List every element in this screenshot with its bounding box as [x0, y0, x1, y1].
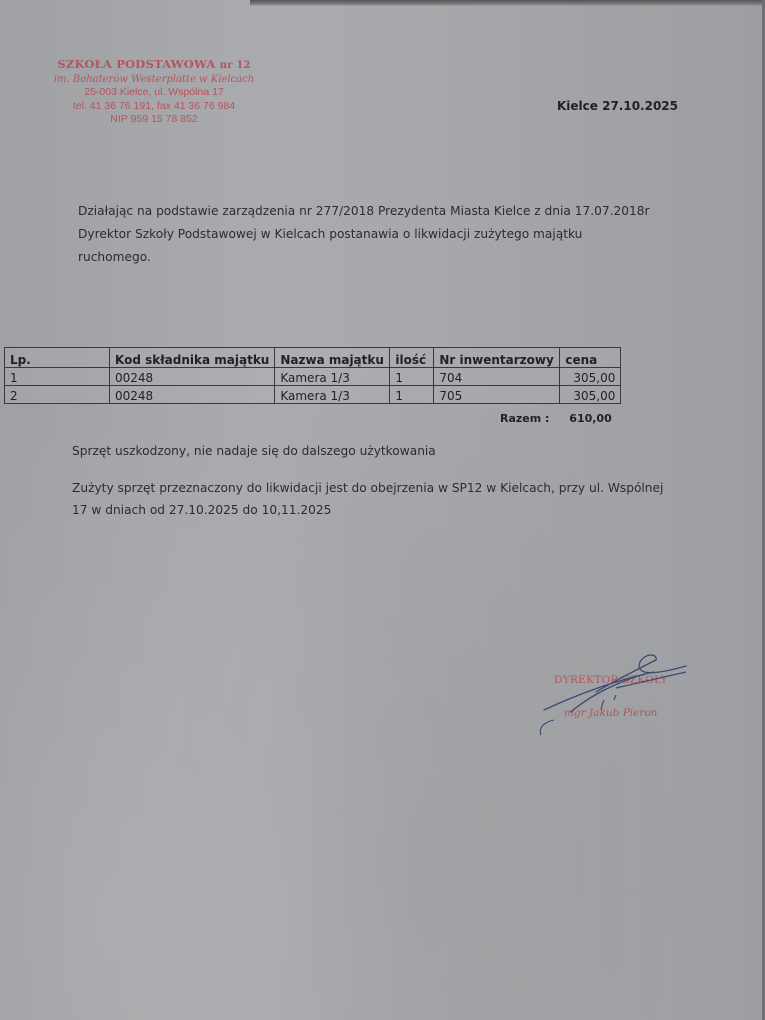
school-header-stamp: SZKOŁA PODSTAWOWA nr 12 im. Bohaterów We…	[44, 58, 264, 127]
header-quantity: ilość	[390, 348, 434, 368]
stamp-patron: im. Bohaterów Westerplatte w Kielcach	[44, 73, 264, 87]
stamp-phone-fax: tel. 41 36 76 191, fax 41 36 76 984	[44, 100, 264, 114]
stamp-nip: NIP 959 15 78 852	[44, 113, 264, 127]
note-condition: Sprzęt uszkodzony, nie nadaje się do dal…	[72, 440, 672, 462]
stamp-address: 25-003 Kielce, ul. Wspólna 17	[44, 86, 264, 100]
note-inspection: Zużyty sprzęt przeznaczony do likwidacji…	[72, 477, 672, 521]
stamp-school-name-text: SZKOŁA PODSTAWOWA	[57, 57, 215, 71]
cell-asset-code: 00248	[110, 386, 275, 404]
header-price: cena	[560, 348, 621, 368]
cell-asset-name: Kamera 1/3	[275, 368, 390, 386]
total-label: Razem :	[500, 412, 549, 425]
header-asset-code: Kod składnika majątku	[110, 348, 275, 368]
cell-quantity: 1	[390, 368, 434, 386]
intro-line: Działając na podstawie zarządzenia nr 27…	[78, 200, 668, 223]
cell-price: 305,00	[560, 386, 621, 404]
handwritten-signature-icon	[536, 650, 706, 740]
place-and-date: Kielce 27.10.2025	[557, 99, 678, 113]
cell-price: 305,00	[560, 368, 621, 386]
intro-line: ruchomego.	[78, 246, 668, 269]
table-total: Razem : 610,00	[500, 412, 612, 425]
header-inventory-number: Nr inwentarzowy	[434, 348, 560, 368]
cell-asset-code: 00248	[110, 368, 275, 386]
cell-lp: 2	[5, 386, 110, 404]
cell-asset-name: Kamera 1/3	[275, 386, 390, 404]
cell-quantity: 1	[390, 386, 434, 404]
page-top-edge-shadow	[250, 0, 765, 6]
table-header-row: Lp. Kod składnika majątku Nazwa majątku …	[5, 348, 621, 368]
header-asset-name: Nazwa majątku	[275, 348, 390, 368]
cell-lp: 1	[5, 368, 110, 386]
notes-section: Sprzęt uszkodzony, nie nadaje się do dal…	[72, 440, 672, 536]
stamp-school-number: nr 12	[220, 60, 251, 71]
cell-inventory-number: 705	[434, 386, 560, 404]
cell-inventory-number: 704	[434, 368, 560, 386]
intro-line: Dyrektor Szkoły Podstawowej w Kielcach p…	[78, 223, 668, 246]
intro-paragraph: Działając na podstawie zarządzenia nr 27…	[78, 200, 668, 269]
total-value: 610,00	[569, 412, 611, 425]
table-row: 2 00248 Kamera 1/3 1 705 305,00	[5, 386, 621, 404]
table-row: 1 00248 Kamera 1/3 1 704 305,00	[5, 368, 621, 386]
header-lp: Lp.	[5, 348, 110, 368]
stamp-school-name: SZKOŁA PODSTAWOWA nr 12	[44, 58, 264, 73]
assets-table: Lp. Kod składnika majątku Nazwa majątku …	[4, 347, 621, 404]
signature-block: DYREKTOR SZKOŁY mgr Jakub Pieron	[536, 650, 706, 740]
